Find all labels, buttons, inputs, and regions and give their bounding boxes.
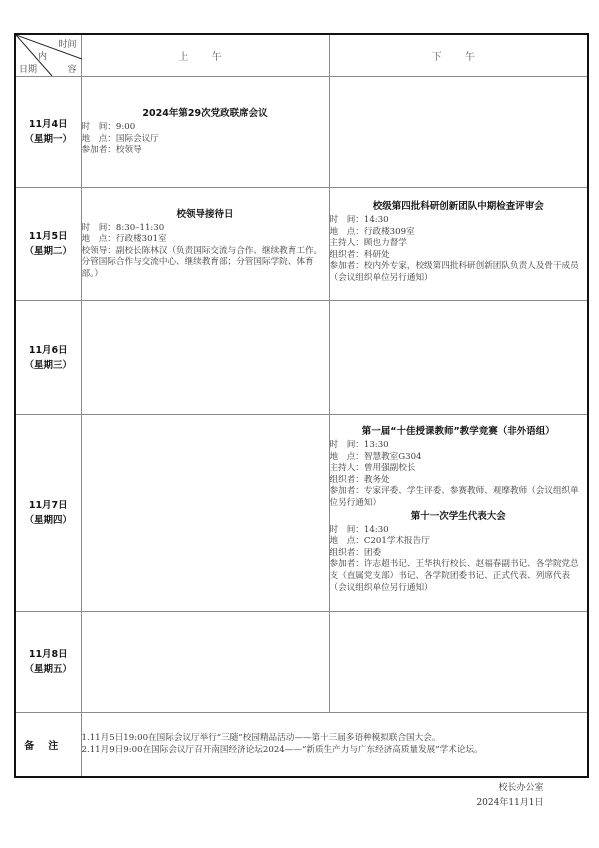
notes-row: 备注 1.11月5日19:00在国际会议厅举行“三随”校园精品活动——第十三届多… bbox=[15, 713, 588, 777]
event-location: 地 点：行政楼301室 bbox=[82, 234, 329, 246]
weekday-label: （星期四） bbox=[16, 513, 81, 528]
notes-label: 备注 bbox=[15, 713, 81, 777]
weekday-label: （星期五） bbox=[16, 662, 81, 677]
note-item: 2.11月9日9:00在国际会议厅召开南国经济论坛2024——“新质生产力与广东… bbox=[82, 744, 588, 756]
event-time: 时 间：8:30–11:30 bbox=[82, 223, 329, 235]
afternoon-column-header: 下 午 bbox=[329, 34, 588, 77]
header-content-label-bottom: 容 bbox=[67, 62, 76, 75]
day-row: 11月8日 （星期五） bbox=[15, 612, 588, 713]
afternoon-cell bbox=[329, 301, 588, 415]
event-attendees: 参加者：许志超书记、王华执行校长、赵福春副书记、各学院党总支（直属党支部）书记、… bbox=[330, 559, 588, 594]
event-organizer: 组织者：团委 bbox=[330, 548, 588, 560]
date-label: 11月4日 bbox=[16, 117, 81, 132]
event-organizer: 组织者：科研处 bbox=[330, 250, 588, 262]
day-row: 11月7日 （星期四） 第一届“十佳授课教师”教学竞赛（非外语组） 时 间：13… bbox=[15, 415, 588, 612]
event-attendees: 参加者：校领导 bbox=[82, 145, 329, 157]
weekday-label: （星期三） bbox=[16, 358, 81, 373]
weekly-schedule-table: 时间 内 日期 容 上 午 下 午 11月4日 （星期一） 2024年第29次党… bbox=[14, 33, 589, 778]
day-row: 11月6日 （星期三） bbox=[15, 301, 588, 415]
day-row: 11月5日 （星期二） 校领导接待日 时 间：8:30–11:30 地 点：行政… bbox=[15, 188, 588, 301]
signature-block: 校长办公室 2024年11月1日 bbox=[430, 781, 590, 811]
morning-cell bbox=[81, 301, 329, 415]
date-cell: 11月7日 （星期四） bbox=[15, 415, 81, 612]
date-label: 11月7日 bbox=[16, 498, 81, 513]
event-organizer: 组织者：教务处 bbox=[330, 475, 588, 487]
morning-column-header: 上 午 bbox=[81, 34, 329, 77]
note-item: 1.11月5日19:00在国际会议厅举行“三随”校园精品活动——第十三届多语种模… bbox=[82, 732, 588, 744]
date-cell: 11月4日 （星期一） bbox=[15, 77, 81, 188]
event-time: 时 间：9:00 bbox=[82, 122, 329, 134]
date-label: 11月8日 bbox=[16, 647, 81, 662]
afternoon-cell: 校级第四批科研创新团队中期检查评审会 时 间：14:30 地 点：行政楼309室… bbox=[329, 188, 588, 301]
header-content-label-top: 内 bbox=[38, 49, 47, 62]
event-title: 第一届“十佳授课教师”教学竞赛（非外语组） bbox=[330, 425, 588, 438]
event-location: 地 点：智慧教室G304 bbox=[330, 452, 588, 464]
event-location: 地 点：C201学术报告厅 bbox=[330, 536, 588, 548]
date-cell: 11月8日 （星期五） bbox=[15, 612, 81, 713]
notes-cell: 1.11月5日19:00在国际会议厅举行“三随”校园精品活动——第十三届多语种模… bbox=[81, 713, 588, 777]
diagonal-header-cell: 时间 内 日期 容 bbox=[15, 34, 81, 77]
afternoon-cell bbox=[329, 77, 588, 188]
header-time-label: 时间 bbox=[58, 37, 76, 50]
date-cell: 11月6日 （星期三） bbox=[15, 301, 81, 415]
morning-cell: 校领导接待日 时 间：8:30–11:30 地 点：行政楼301室 校领导：副校… bbox=[81, 188, 329, 301]
event-time: 时 间：14:30 bbox=[330, 215, 588, 227]
event-attendees: 参加者：专家评委、学生评委、参赛教师、观摩教师（会议组织单位另行通知） bbox=[330, 486, 588, 509]
date-label: 11月6日 bbox=[16, 343, 81, 358]
afternoon-cell bbox=[329, 612, 588, 713]
event-title: 校领导接待日 bbox=[82, 208, 329, 221]
morning-cell bbox=[81, 612, 329, 713]
date-label: 11月5日 bbox=[16, 229, 81, 244]
event-host: 主持人：曾用强副校长 bbox=[330, 463, 588, 475]
day-row: 11月4日 （星期一） 2024年第29次党政联席会议 时 间：9:00 地 点… bbox=[15, 77, 588, 188]
issue-date: 2024年11月1日 bbox=[430, 796, 590, 811]
event-title: 2024年第29次党政联席会议 bbox=[82, 107, 329, 120]
schedule-page: 时间 内 日期 容 上 午 下 午 11月4日 （星期一） 2024年第29次党… bbox=[0, 0, 599, 848]
event-leader: 校领导：副校长陈林汉（负责国际交流与合作、继续教育工作。分管国际合作与交流中心、… bbox=[82, 246, 329, 281]
weekday-label: （星期一） bbox=[16, 132, 81, 147]
morning-cell bbox=[81, 415, 329, 612]
header-date-label: 日期 bbox=[19, 62, 37, 75]
event-title: 第十一次学生代表大会 bbox=[330, 510, 588, 523]
event-time: 时 间：14:30 bbox=[330, 525, 588, 537]
issuer: 校长办公室 bbox=[430, 781, 590, 796]
event-time: 时 间：13:30 bbox=[330, 440, 588, 452]
event-location: 地 点：国际会议厅 bbox=[82, 134, 329, 146]
event-attendees: 参加者：校内外专家，校级第四批科研创新团队负责人及骨干成员（会议组织单位另行通知… bbox=[330, 261, 588, 284]
weekday-label: （星期二） bbox=[16, 244, 81, 259]
event-location: 地 点：行政楼309室 bbox=[330, 227, 588, 239]
date-cell: 11月5日 （星期二） bbox=[15, 188, 81, 301]
event-host: 主持人：顾也力督学 bbox=[330, 238, 588, 250]
morning-cell: 2024年第29次党政联席会议 时 间：9:00 地 点：国际会议厅 参加者：校… bbox=[81, 77, 329, 188]
header-row: 时间 内 日期 容 上 午 下 午 bbox=[15, 34, 588, 77]
afternoon-cell: 第一届“十佳授课教师”教学竞赛（非外语组） 时 间：13:30 地 点：智慧教室… bbox=[329, 415, 588, 612]
event-title: 校级第四批科研创新团队中期检查评审会 bbox=[330, 200, 588, 213]
